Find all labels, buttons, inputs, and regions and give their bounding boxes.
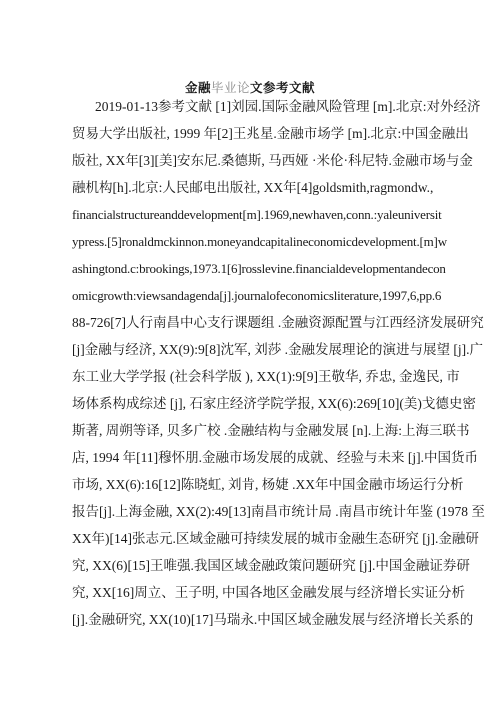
body-line: 究, XX[16]周立、王子明, 中国各地区金融发展与经济增长实证分析	[72, 585, 465, 601]
body-line: ashingtond.c:brookings,1973.1[6]rosslevi…	[72, 261, 446, 277]
body-line: 报告[j].上海金融, XX(2):49[13]南昌市统计局 .南昌市统计年鉴 …	[72, 504, 485, 520]
body-line: [j].金融研究, XX(10)[17]马瑞永.中国区域金融发展与经济增长关系的	[72, 612, 473, 628]
body-line: 东工业大学学报 (社会科学版 ), XX(1):9[9]王敬华, 乔忠, 金逸民…	[72, 369, 460, 385]
body-line: ypress.[5]ronaldmckinnon.moneyandcapital…	[72, 234, 447, 250]
body-line: 究, XX(6)[15]王唯强.我国区域金融政策问题研究 [j].中国金融证券研	[72, 558, 470, 574]
body-line: financialstructureanddevelopment[m].1969…	[72, 207, 442, 223]
body-line: 店, 1994 年[11]穆怀朋.金融市场发展的成就、经验与未来 [j].中国货…	[72, 450, 478, 466]
body-line: 融机构[h].北京:人民邮电出版社, XX年[4]goldsmith,ragmo…	[72, 180, 433, 196]
body-line: 88-726[7]人行南昌中心支行课题组 .金融资源配置与江西经济发展研究	[72, 315, 484, 331]
body-line: 斯著, 周朔等译, 贝多广校 .金融结构与金融发展 [n].上海:上海三联书	[72, 423, 470, 439]
body-line: 市场, XX(6):16[12]陈晓虹, 刘肯, 杨婕 .XX年中国金融市场运行…	[72, 477, 463, 493]
body-line: 场体系构成综述 [j], 石家庄经济学院学报, XX(6):269[10](美)…	[72, 396, 476, 412]
title-part: 金融	[185, 80, 211, 95]
body-line: XX年)[14]张志元.区域金融可持续发展的城市金融生态研究 [j].金融研	[72, 531, 479, 547]
title-part: 文参考文献	[250, 80, 315, 95]
body-line: 贸易大学出版社, 1999 年[2]王兆星.金融市场学 [m].北京:中国金融出	[72, 126, 469, 142]
body-line: [j]金融与经济, XX(9):9[8]沈军, 刘莎 .金融发展理论的演进与展望…	[72, 342, 483, 358]
document-title: 金融毕业论文参考文献	[0, 78, 500, 96]
title-part: 毕业论	[211, 80, 250, 95]
body-line: omicgrowth:viewsandagenda[j].journalofec…	[72, 288, 441, 304]
body-line: 2019-01-13参考文献 [1]刘园.国际金融风险管理 [m].北京:对外经…	[95, 99, 480, 115]
body-line: 版社, XX年[3][美]安东尼.桑德斯, 马西娅 ·米伦·科尼特.金融市场与金	[72, 153, 473, 169]
document-page: 金融毕业论文参考文献 2019-01-13参考文献 [1]刘园.国际金融风险管理…	[0, 0, 500, 708]
